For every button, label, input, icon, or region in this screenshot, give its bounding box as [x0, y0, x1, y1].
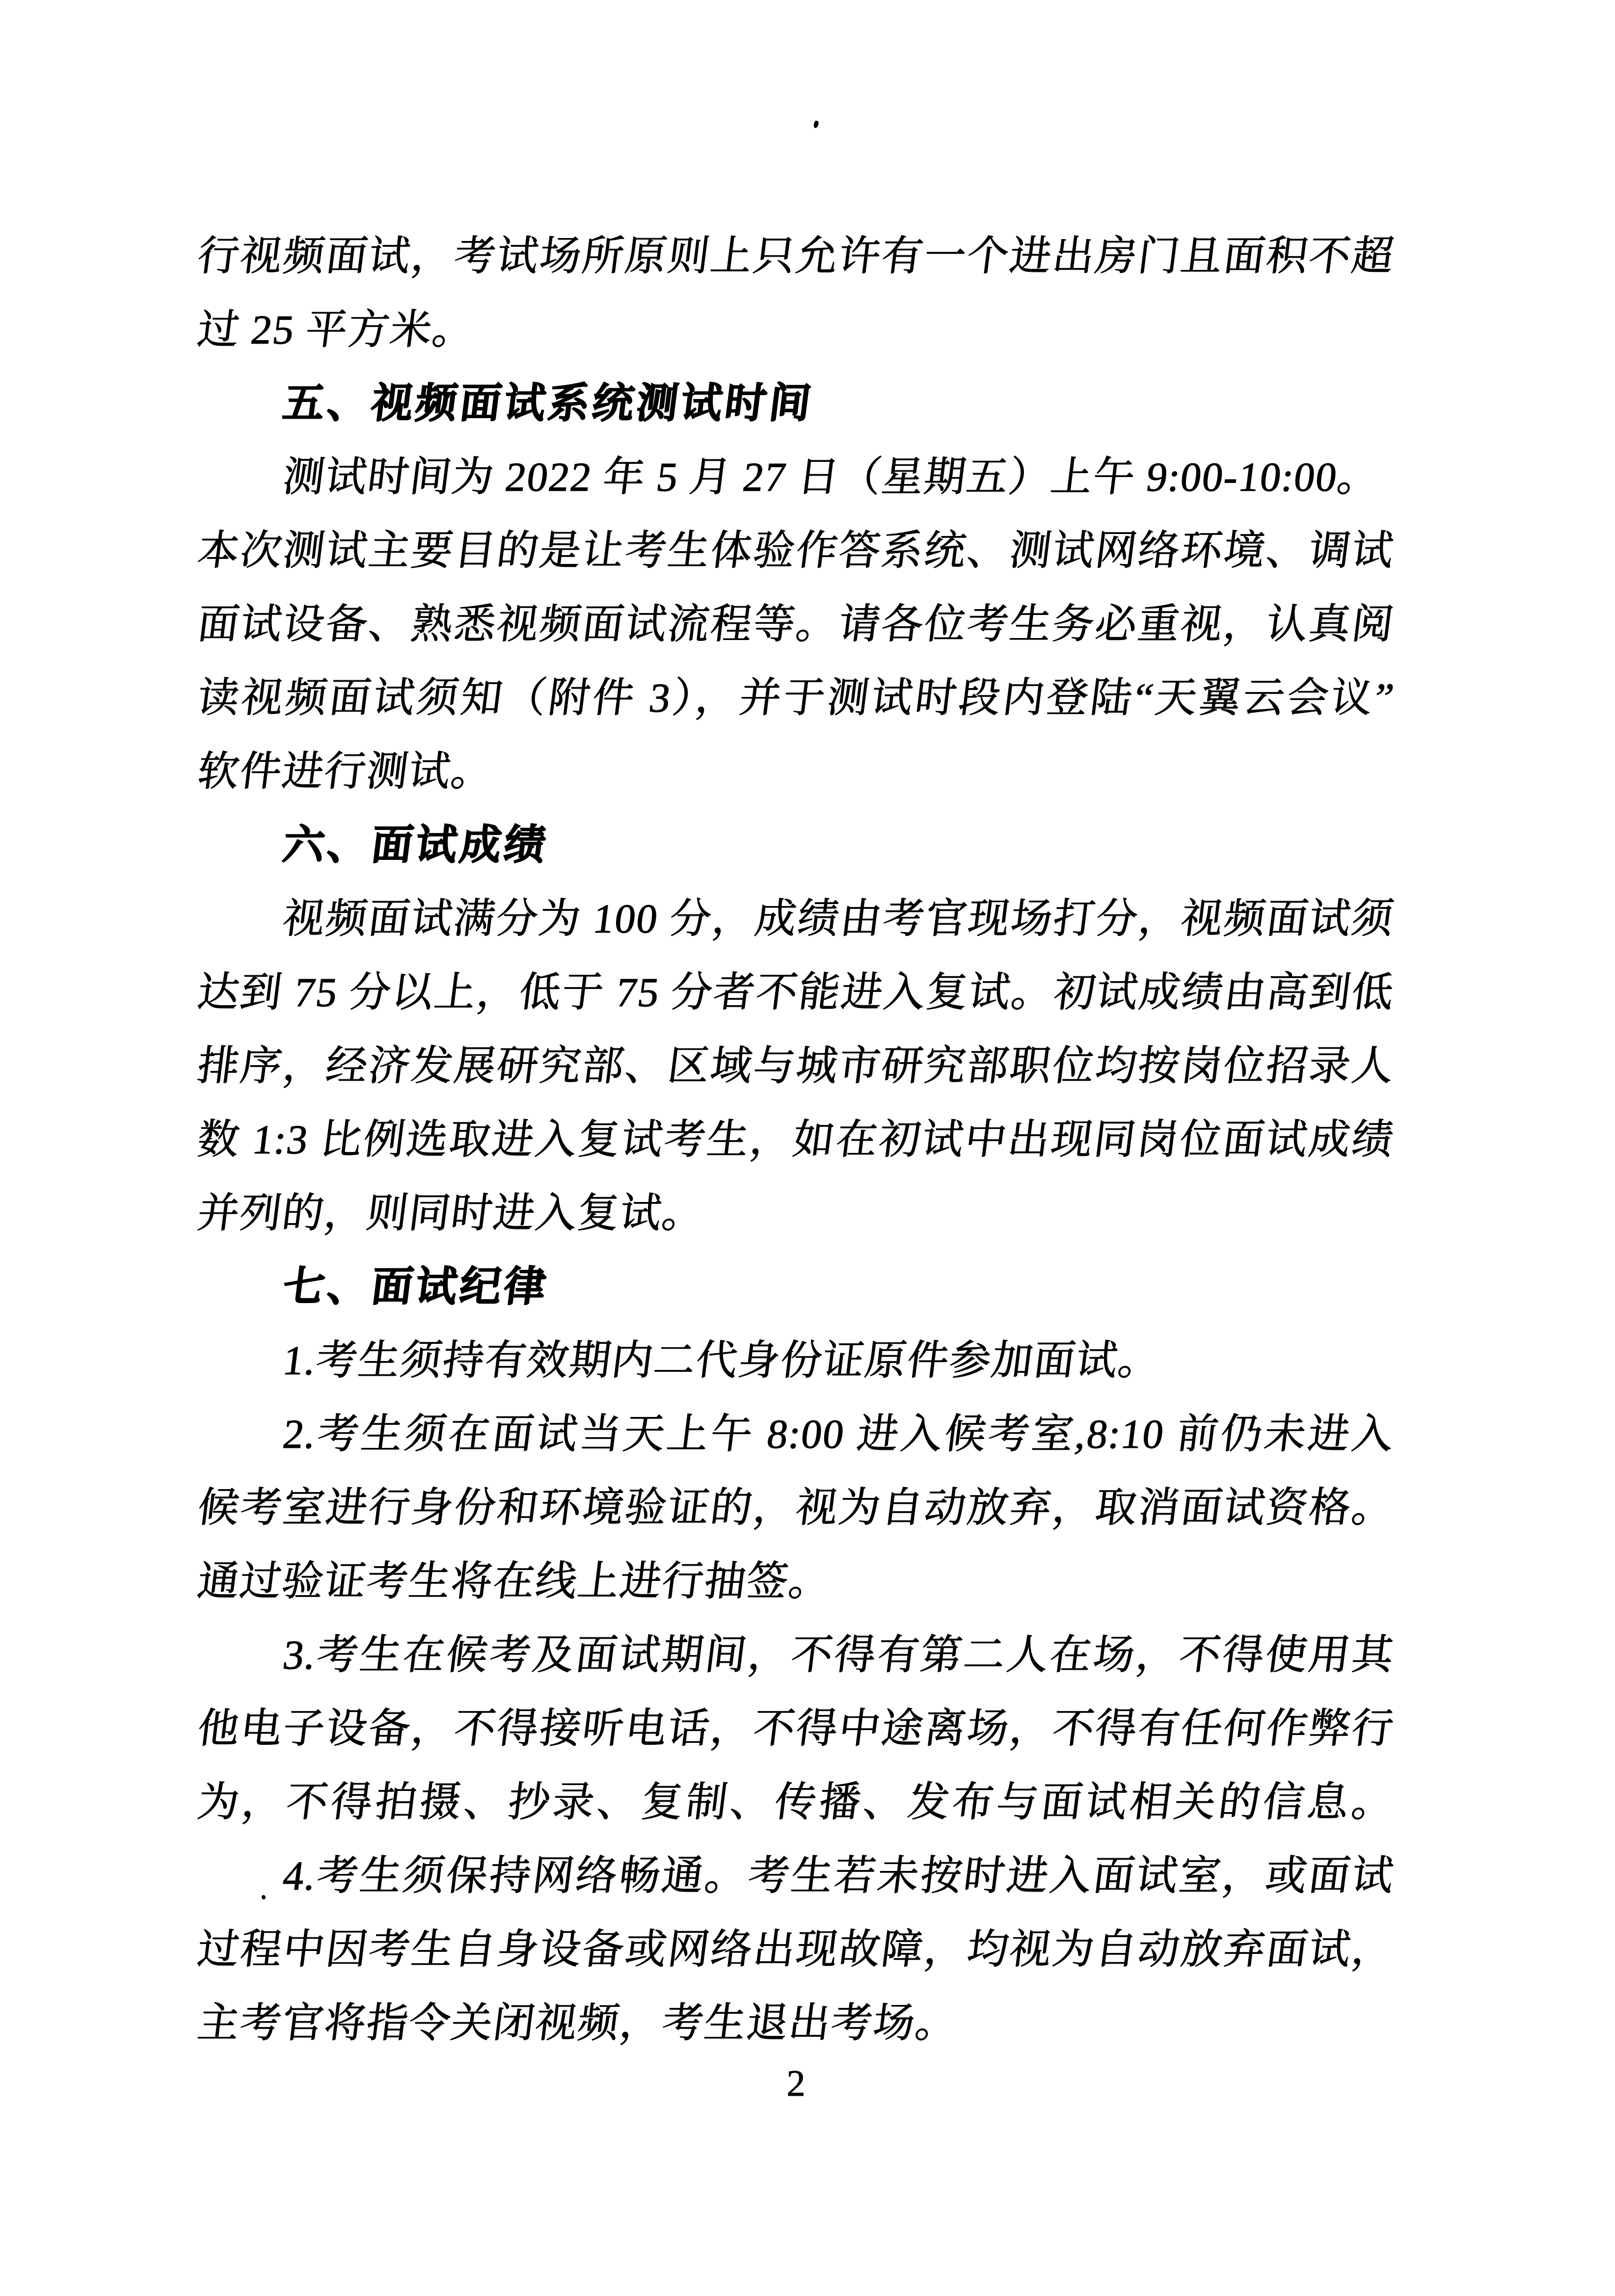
doc-line: 达到 75 分以上，低于 75 分者不能进入复试。初试成绩由高到低: [193, 956, 1399, 1030]
doc-line: 2.考生须在面试当天上午 8:00 进入候考室,8:10 前仍未进入: [193, 1398, 1399, 1471]
scanned-document-page: 行视频面试，考试场所原则上只允许有一个进出房门且面积不超过 25 平方米。五、视…: [0, 0, 1615, 2296]
doc-line: 本次测试主要目的是让考生体验作答系统、测试网络环境、调试: [193, 514, 1399, 588]
section-heading: 五、视频面试系统测试时间: [193, 367, 1399, 441]
document-body: 行视频面试，考试场所原则上只允许有一个进出房门且面积不超过 25 平方米。五、视…: [198, 220, 1394, 2060]
doc-line: 过 25 平方米。: [193, 294, 1399, 367]
doc-line: 3.考生在候考及面试期间，不得有第二人在场，不得使用其: [193, 1619, 1399, 1692]
doc-line: 视频面试满分为 100 分，成绩由考官现场打分，视频面试须: [193, 882, 1399, 956]
doc-line: 他电子设备，不得接听电话，不得中途离场，不得有任何作弊行: [193, 1692, 1399, 1766]
doc-line: 面试设备、熟悉视频面试流程等。请各位考生务必重视，认真阅: [193, 588, 1399, 662]
doc-line: 测试时间为 2022 年 5 月 27 日（星期五）上午 9:00-10:00。: [193, 441, 1399, 514]
page-number: 2: [198, 2047, 1394, 2120]
doc-line: 通过验证考生将在线上进行抽签。: [193, 1545, 1399, 1619]
scan-artifact-speck: [813, 120, 819, 129]
doc-line: 为，不得拍摄、抄录、复制、传播、发布与面试相关的信息。: [193, 1766, 1399, 1840]
doc-line: 排序，经济发展研究部、区域与城市研究部职位均按岗位招录人: [193, 1030, 1399, 1103]
doc-line: 软件进行测试。: [193, 735, 1399, 809]
doc-line: 数 1:3 比例选取进入复试考生，如在初试中出现同岗位面试成绩: [193, 1103, 1399, 1177]
section-heading: 六、面试成绩: [193, 809, 1399, 882]
section-heading: 七、面试纪律: [193, 1251, 1399, 1324]
doc-line: 1.考生须持有效期内二代身份证原件参加面试。: [193, 1324, 1399, 1398]
doc-line: 4.考生须保持网络畅通。考生若未按时进入面试室，或面试: [193, 1840, 1399, 1913]
doc-line: 行视频面试，考试场所原则上只允许有一个进出房门且面积不超: [193, 220, 1399, 294]
doc-line: 读视频面试须知（附件 3），并于测试时段内登陆“天翼云会议”: [193, 662, 1399, 735]
doc-line: 过程中因考生自身设备或网络出现故障，均视为自动放弃面试，: [193, 1913, 1399, 1987]
doc-line: 候考室进行身份和环境验证的，视为自动放弃，取消面试资格。: [193, 1471, 1399, 1545]
doc-line: 并列的，则同时进入复试。: [193, 1177, 1399, 1251]
